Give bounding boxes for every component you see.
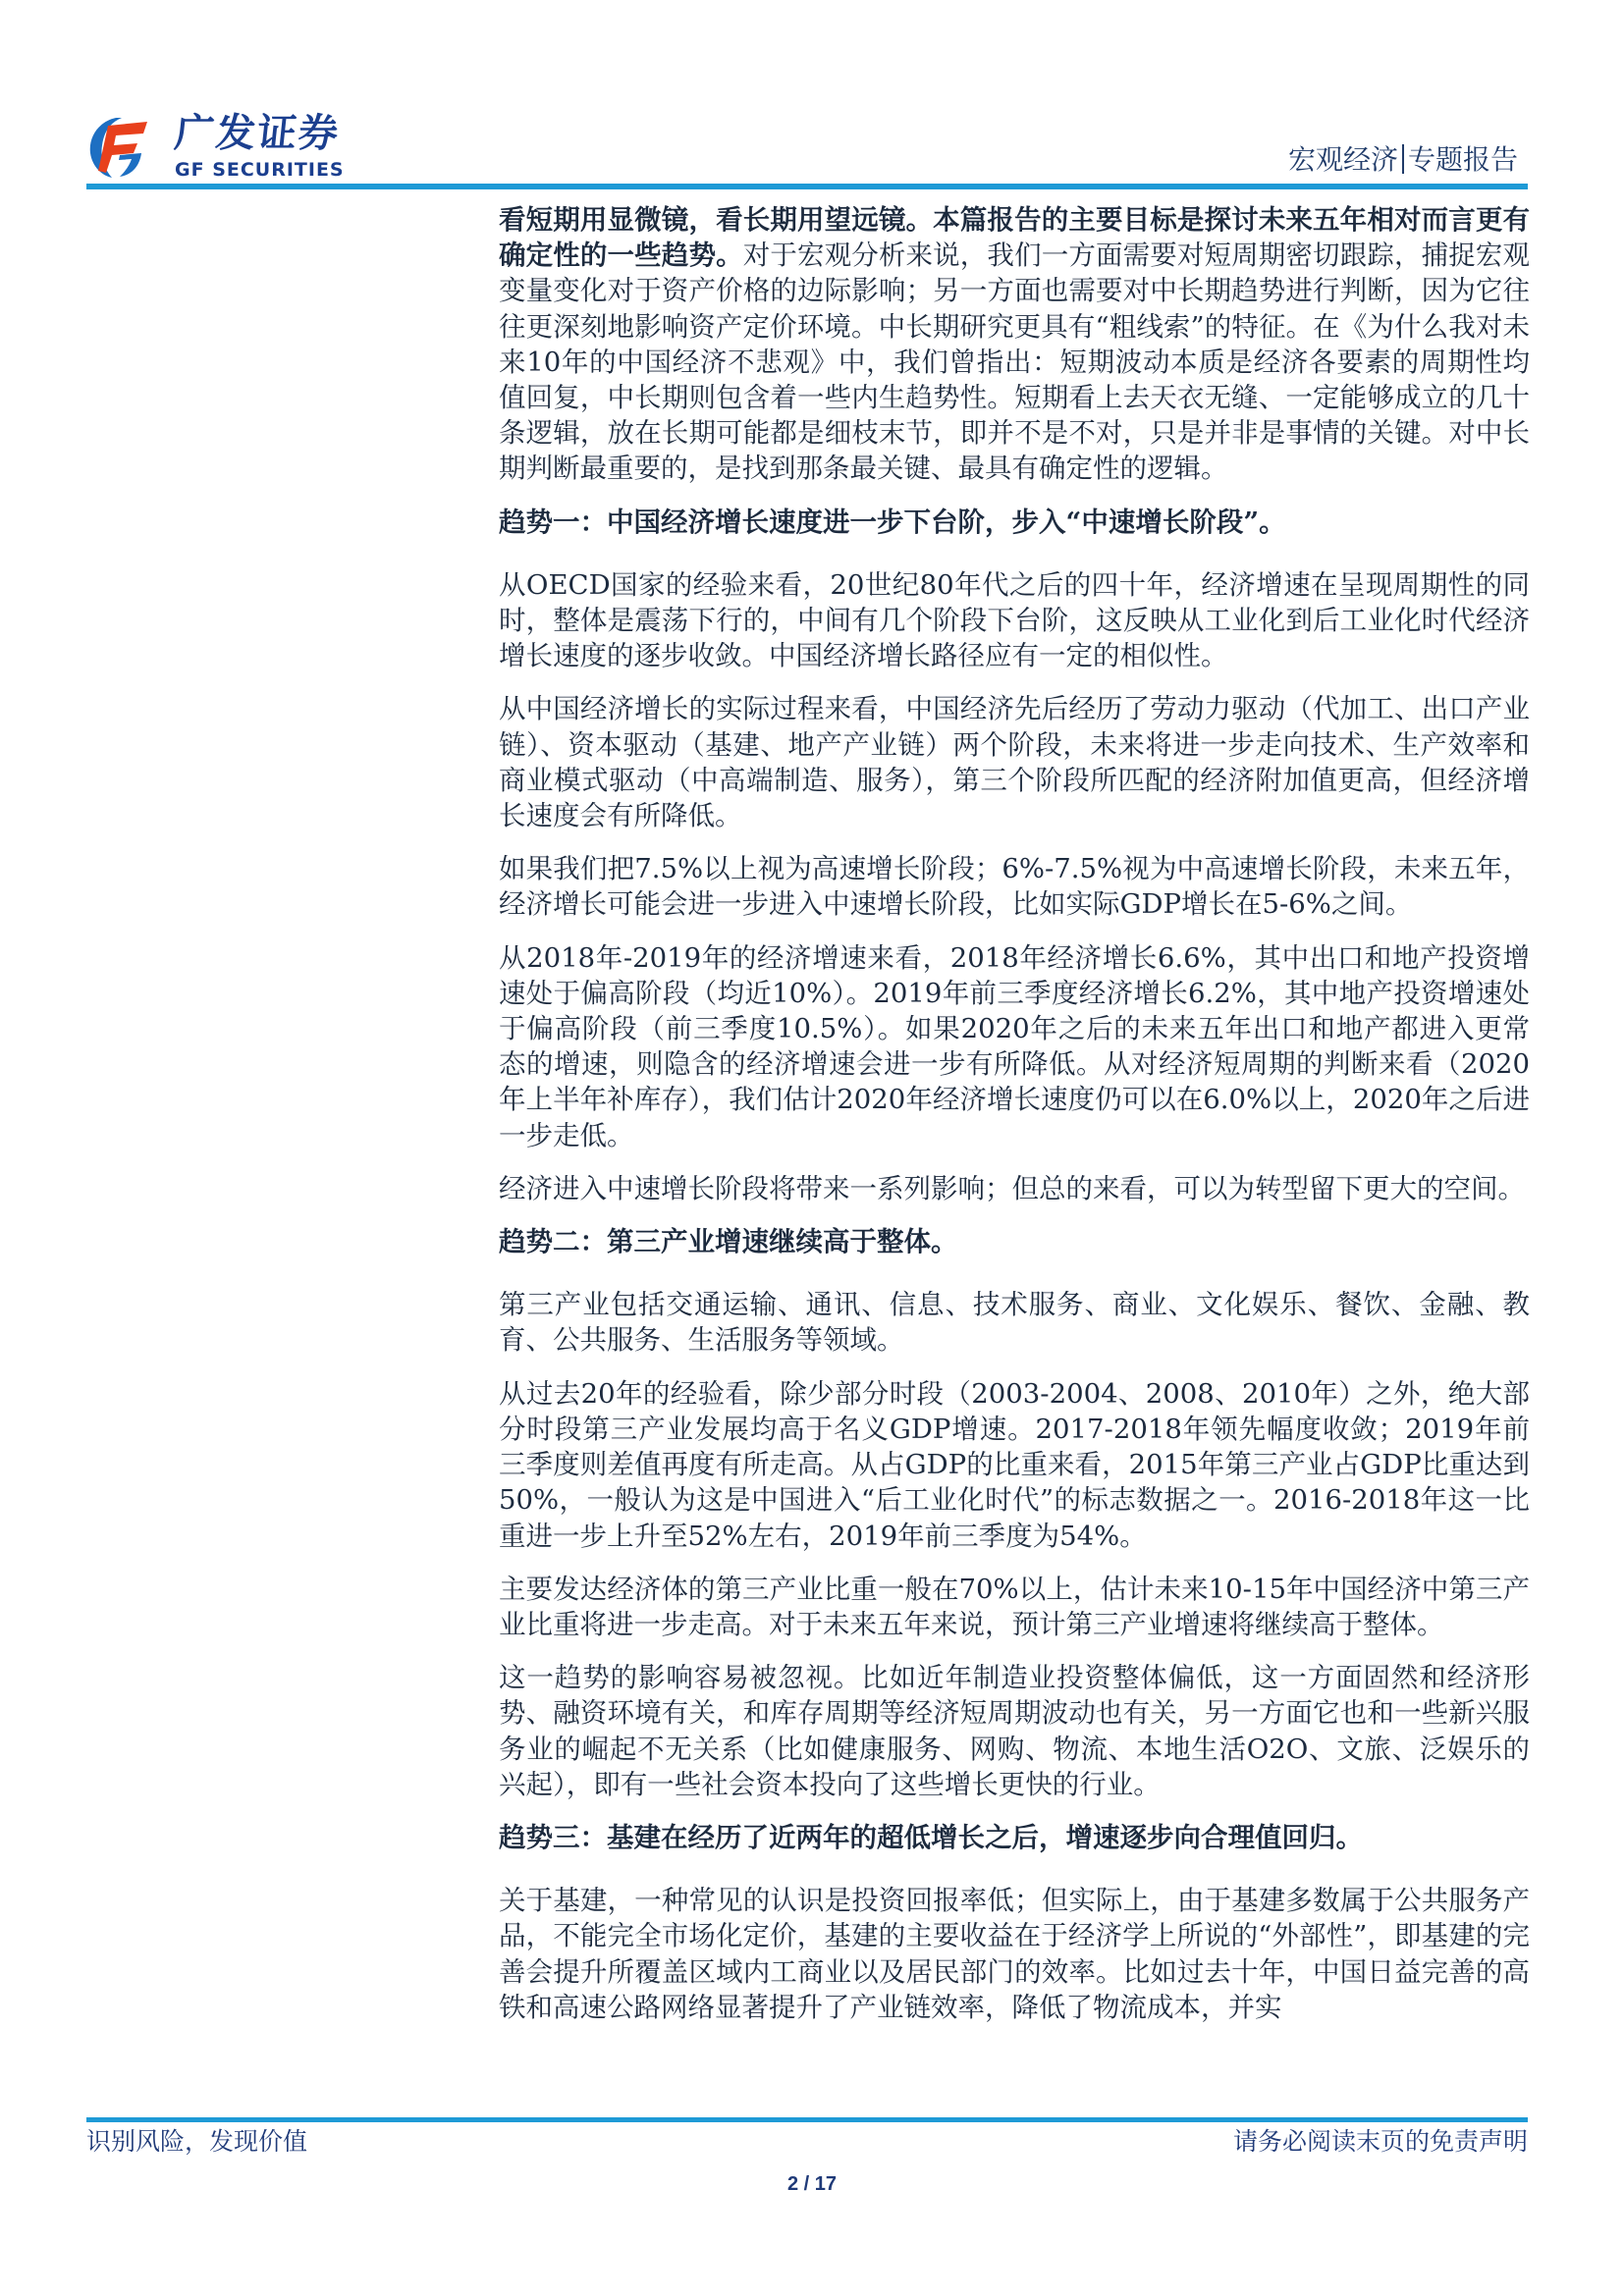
trend1-paragraph: 经济进入中速增长阶段将带来一系列影响；但总的来看，可以为转型留下更大的空间。	[499, 1171, 1530, 1206]
trend1-paragraph: 从OECD国家的经验来看，20世纪80年代之后的四十年，经济增速在呈现周期性的同…	[499, 567, 1530, 674]
page-header: 广发证券 GF SECURITIES 宏观经济专题报告	[86, 108, 1528, 187]
gf-logo-icon	[86, 114, 149, 179]
trend1-paragraph: 从2018年-2019年的经济增速来看，2018年经济增长6.6%，其中出口和地…	[499, 940, 1530, 1153]
trend2-paragraph: 这一趋势的影响容易被忽视。比如近年制造业投资整体偏低，这一方面固然和经济形势、融…	[499, 1660, 1530, 1802]
document-body: 看短期用显微镜，看长期用望远镜。本篇报告的主要目标是探讨未来五年相对而言更有确定…	[499, 202, 1530, 2043]
trend1-paragraph: 从中国经济增长的实际过程来看，中国经济先后经历了劳动力驱动（代加工、出口产业链）…	[499, 691, 1530, 833]
logo-chinese-name: 广发证券	[173, 112, 343, 155]
category-label: 宏观经济	[1288, 143, 1398, 176]
intro-paragraph: 看短期用显微镜，看长期用望远镜。本篇报告的主要目标是探讨未来五年相对而言更有确定…	[499, 202, 1530, 487]
trend3-heading: 趋势三：基建在经历了近两年的超低增长之后，增速逐步向合理值回归。	[499, 1820, 1530, 1855]
page-number: 2 / 17	[0, 2171, 1624, 2197]
separator	[1402, 144, 1404, 174]
intro-body: 对于宏观分析来说，我们一方面需要对短周期密切跟踪，捕捉宏观变量变化对于资产价格的…	[499, 240, 1530, 484]
trend1-heading: 趋势一：中国经济增长速度进一步下台阶，步入“中速增长阶段”。	[499, 505, 1530, 540]
footer-slogan: 识别风险，发现价值	[86, 2127, 307, 2157]
trend3-paragraph: 关于基建，一种常见的认识是投资回报率低；但实际上，由于基建多数属于公共服务产品，…	[499, 1883, 1530, 2025]
report-type-label: 专题报告	[1408, 143, 1518, 176]
footer-divider	[86, 2117, 1528, 2122]
footer-disclaimer-link[interactable]: 请务必阅读末页的免责声明	[1233, 2127, 1528, 2157]
header-divider	[86, 184, 1528, 189]
trend2-paragraph: 第三产业包括交通运输、通讯、信息、技术服务、商业、文化娱乐、餐饮、金融、教育、公…	[499, 1287, 1530, 1358]
report-category: 宏观经济专题报告	[1288, 143, 1518, 177]
trend2-heading: 趋势二：第三产业增速继续高于整体。	[499, 1224, 1530, 1259]
gf-securities-logo: 广发证券 GF SECURITIES	[86, 112, 361, 183]
trend1-paragraph: 如果我们把7.5%以上视为高速增长阶段；6%-7.5%视为中高速增长阶段，未来五…	[499, 851, 1530, 922]
logo-english-name: GF SECURITIES	[175, 159, 345, 181]
trend2-paragraph: 主要发达经济体的第三产业比重一般在70%以上，估计未来10-15年中国经济中第三…	[499, 1572, 1530, 1642]
trend2-paragraph: 从过去20年的经验看，除少部分时段（2003-2004、2008、2010年）之…	[499, 1376, 1530, 1554]
